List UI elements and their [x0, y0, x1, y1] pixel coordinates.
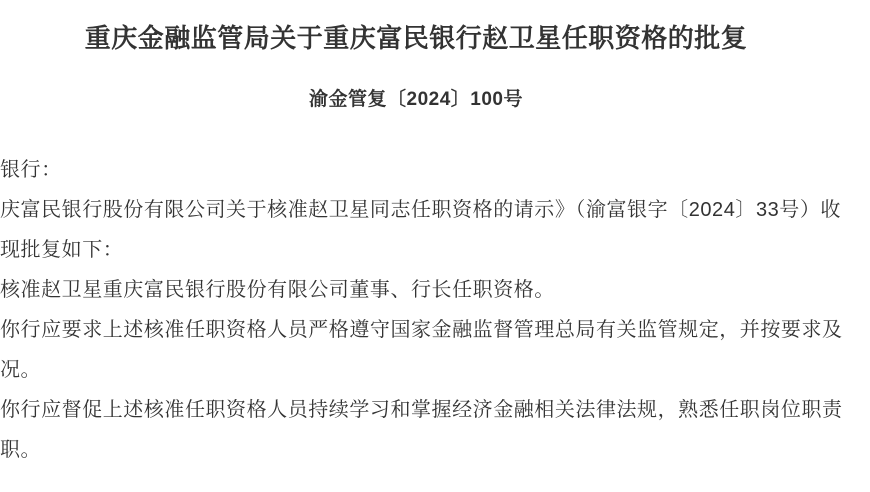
body-line-study-requirement: 你行应督促上述核准任职资格人员持续学习和掌握经济金融相关法律法规，熟悉任职岗位职…	[0, 390, 870, 430]
body-line-salutation: 银行：	[0, 150, 870, 190]
document-number: 渝金管复〔2024〕100号	[0, 84, 832, 111]
body-line-request-reference: 庆富民银行股份有限公司关于核准赵卫星同志任职资格的请示》（渝富银字〔2024〕3…	[0, 190, 870, 230]
body-line-reply-intro: 现批复如下：	[0, 230, 870, 270]
body-line-study-continuation: 职。	[0, 430, 870, 470]
body-line-compliance-requirement: 你行应要求上述核准任职资格人员严格遵守国家金融监督管理总局有关监管规定，并按要求…	[0, 310, 870, 350]
document-page: 重庆金融监管局关于重庆富民银行赵卫星任职资格的批复 渝金管复〔2024〕100号…	[0, 0, 870, 492]
document-title: 重庆金融监管局关于重庆富民银行赵卫星任职资格的批复	[0, 18, 832, 55]
body-line-compliance-continuation: 况。	[0, 350, 870, 390]
document-body: 银行： 庆富民银行股份有限公司关于核准赵卫星同志任职资格的请示》（渝富银字〔20…	[0, 150, 870, 470]
body-line-approval-statement: 核准赵卫星重庆富民银行股份有限公司董事、行长任职资格。	[0, 270, 870, 310]
